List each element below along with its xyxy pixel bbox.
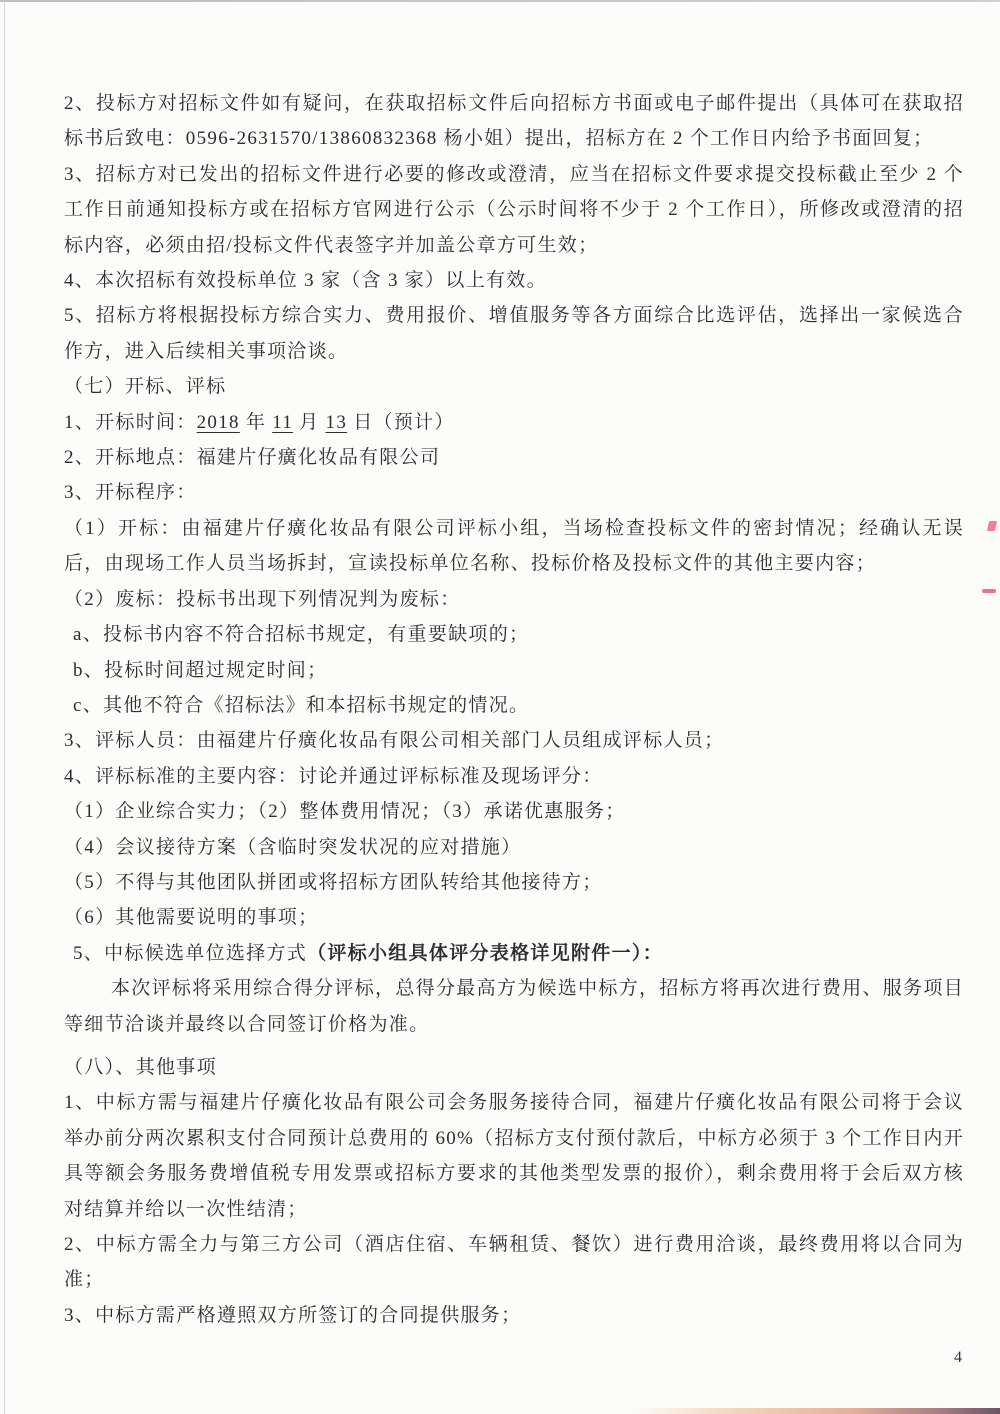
criteria-6: （6）其他需要说明的事项； xyxy=(64,900,964,935)
criteria-1-to-3: （1）企业综合实力；（2）整体费用情况；（3）承诺优惠服务； xyxy=(64,794,964,829)
subitem-c: c、其他不符合《招标法》和本招标书规定的情况。 xyxy=(64,688,964,723)
open-time-sep1: 年 xyxy=(240,412,272,433)
clause-evaluation-selection: 5、招标方将根据投标方综合实力、费用报价、增值服务等各方面综合比选评估，选择出一… xyxy=(64,298,964,369)
scan-edge-bottom-gradient xyxy=(630,1408,1000,1414)
scan-artifact-pink-bottom xyxy=(982,589,996,593)
open-time-day: 13 xyxy=(326,412,348,433)
para-evaluation-scoring: 本次评标将采用综合得分评标，总得分最高方为候选中标方，招标方将再次进行费用、服务… xyxy=(64,971,964,1042)
heading-section-8: （八）、其他事项 xyxy=(64,1050,964,1085)
page-number: 4 xyxy=(954,1349,962,1367)
line-bid-opening-time: 1、开标时间：2018 年 11 月 13 日（预计） xyxy=(64,405,964,440)
open-time-year: 2018 xyxy=(197,412,240,433)
open-time-sep2: 月 xyxy=(293,412,325,433)
clause-amendments: 3、招标方对已发出的招标文件进行必要的修改或澄清，应当在招标文件要求提交投标截止… xyxy=(64,157,964,263)
heading-section-7: （七）开标、评标 xyxy=(64,369,964,404)
item-invalid-bid: （2）废标：投标书出现下列情况判为废标： xyxy=(64,582,964,617)
clause-bidder-questions: 2、投标方对招标文件如有疑问，在获取招标文件后向招标方书面或电子邮件提出（具体可… xyxy=(64,86,964,157)
selection-method-bold-note: （评标小组具体评分表格详见附件一）： xyxy=(307,943,663,964)
scan-edge-left xyxy=(4,0,5,1414)
scan-artifact-pink-top xyxy=(987,521,997,531)
line-bid-opening-procedure: 3、开标程序： xyxy=(64,475,964,510)
line-selection-method: 5、中标候选单位选择方式（评标小组具体评分表格详见附件一）： xyxy=(64,936,964,971)
open-time-month: 11 xyxy=(272,412,293,433)
criteria-5: （5）不得与其他团队拼团或将招标方团队转给其他接待方； xyxy=(64,865,964,900)
selection-method-text: 5、中标候选单位选择方式 xyxy=(73,943,307,964)
line-evaluation-criteria: 4、评标标准的主要内容：讨论并通过评标标准及现场评分： xyxy=(64,759,964,794)
clause-contract-service: 3、中标方需严格遵照双方所签订的合同提供服务； xyxy=(64,1298,964,1333)
line-bid-opening-place: 2、开标地点：福建片仔癀化妆品有限公司 xyxy=(64,440,964,475)
document-body: 2、投标方对招标文件如有疑问，在获取招标文件后向招标方书面或电子邮件提出（具体可… xyxy=(64,86,964,1333)
line-evaluators: 3、评标人员：由福建片仔癀化妆品有限公司相关部门人员组成评标人员； xyxy=(64,723,964,758)
criteria-4: （4）会议接待方案（含临时突发状况的应对措施） xyxy=(64,830,964,865)
scan-edge-top xyxy=(0,0,1000,2)
clause-third-party-costs: 2、中标方需全力与第三方公司（酒店住宿、车辆租赁、餐饮）进行费用洽谈，最终费用将… xyxy=(64,1227,964,1298)
clause-valid-bidders: 4、本次招标有效投标单位 3 家（含 3 家）以上有效。 xyxy=(64,263,964,298)
open-time-suffix: 日（预计） xyxy=(347,412,455,433)
subitem-a: a、投标书内容不符合招标书规定，有重要缺项的； xyxy=(64,617,964,652)
open-time-prefix: 1、开标时间： xyxy=(64,412,197,433)
subitem-b: b、投标时间超过规定时间； xyxy=(64,653,964,688)
clause-payment-terms: 1、中标方需与福建片仔癀化妆品有限公司会务服务接待合同，福建片仔癀化妆品有限公司… xyxy=(64,1085,964,1227)
item-open-bid: （1）开标：由福建片仔癀化妆品有限公司评标小组，当场检查投标文件的密封情况；经确… xyxy=(64,511,964,582)
document-page: 2、投标方对招标文件如有疑问，在获取招标文件后向招标方书面或电子邮件提出（具体可… xyxy=(0,0,1000,1414)
